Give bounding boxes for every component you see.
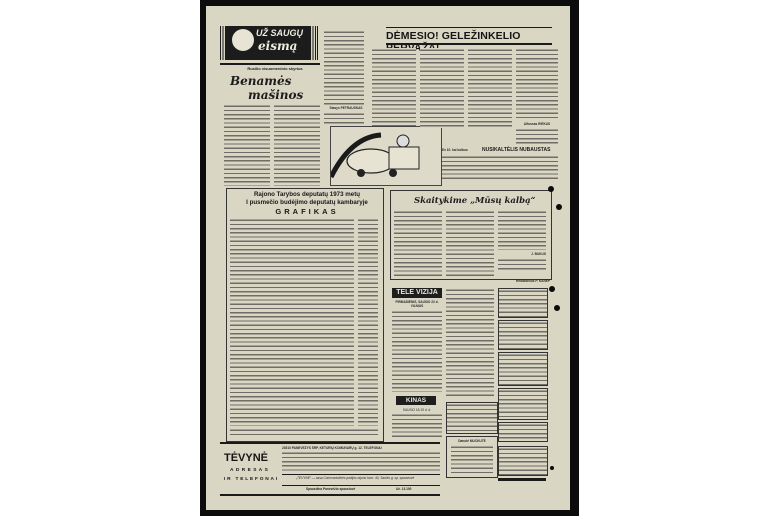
address-label: ADRESAS bbox=[230, 468, 270, 473]
punch-hole bbox=[554, 305, 560, 311]
classified-box-6 bbox=[498, 446, 548, 476]
schedule-title-1: Rajono Tarybos deputatų 1973 metų bbox=[232, 191, 382, 198]
schedule-note bbox=[230, 428, 378, 437]
article-title-1: Benamės bbox=[230, 74, 291, 88]
punch-hole bbox=[548, 186, 554, 192]
divider bbox=[220, 63, 320, 65]
classified-name: Danutė MUCKUTĖ bbox=[447, 437, 497, 445]
newspaper-page: UŽ SAUGŲ eismą Rusilio visuomeninio skyr… bbox=[206, 6, 570, 510]
cinema-schedule bbox=[392, 413, 442, 439]
footer-print-line: Spausdina Panevėžio spaustuvė bbox=[306, 487, 386, 491]
article-column-2 bbox=[274, 104, 320, 186]
reading-headline: Skaitykime „Mūsų kalbą“ bbox=[414, 196, 535, 206]
article-author: Stasys PETRAUSKAS bbox=[326, 106, 366, 110]
divider bbox=[220, 442, 440, 444]
divider bbox=[282, 474, 440, 475]
article-title-2: mašinos bbox=[248, 88, 303, 102]
logo-line1: UŽ SAUGŲ bbox=[256, 28, 303, 38]
footer-printer: „TĖVYNĖ“ — sasa Communistinės partijos r… bbox=[296, 476, 436, 480]
cartoon-illustration bbox=[330, 126, 442, 186]
schedule-dates bbox=[358, 218, 378, 426]
globe-icon bbox=[232, 29, 254, 51]
schedule-title-2: I pusmečio budėjimo deputatų kambaryje bbox=[232, 199, 382, 206]
court-article-text bbox=[442, 155, 558, 181]
railway-column-2 bbox=[420, 48, 464, 128]
sub-section-date: Ex 10. kai kalbuo bbox=[442, 148, 482, 152]
article-column-1 bbox=[224, 104, 270, 186]
logo-line2: eismą bbox=[258, 39, 297, 53]
schedule-rows bbox=[230, 218, 354, 426]
schedule-title-3: GRAFIKAS bbox=[232, 207, 382, 216]
tv-city: VILNIUS bbox=[392, 304, 442, 308]
footer-order: Už. 13.100 bbox=[396, 487, 436, 491]
cinema-logo: KINAS bbox=[396, 396, 436, 405]
cinema-date: SAUSIO 18-19 d. d. bbox=[392, 408, 442, 412]
reading-author: J. BUKUS bbox=[506, 252, 546, 256]
phones-label: IR TELEFONAI bbox=[224, 477, 279, 482]
sub-headline: NUSIKALTĖLIS NUBAUSTAS bbox=[482, 147, 550, 153]
reading-note bbox=[498, 258, 546, 272]
classified-box-1 bbox=[498, 288, 548, 318]
logo-stripes-right bbox=[310, 26, 318, 60]
section-subtitle: Rusilio visuomeninio skyrius bbox=[220, 66, 330, 71]
editor-credit: Redaktorius P. KANEP bbox=[496, 279, 550, 283]
divider bbox=[498, 478, 546, 481]
punch-hole bbox=[549, 286, 555, 292]
footer-address: 23510 PANEVĖŽYS ŠRP, KETURIŲ KOMUNARŲ g.… bbox=[282, 446, 440, 450]
tv-schedule bbox=[392, 310, 442, 392]
tv-logo: TELE VIZIJA bbox=[392, 288, 442, 298]
railway-column-4b bbox=[516, 128, 558, 144]
divider bbox=[282, 485, 440, 486]
classified-box-a bbox=[446, 402, 498, 434]
divider bbox=[220, 494, 440, 496]
article-column-3 bbox=[324, 30, 364, 106]
classified-box-4 bbox=[498, 388, 548, 420]
reading-column-2 bbox=[446, 210, 494, 276]
newspaper-name: TĖVYNĖ bbox=[224, 452, 268, 464]
classified-box-b: Danutė MUCKUTĖ bbox=[446, 436, 498, 478]
punch-hole bbox=[550, 466, 554, 470]
divider bbox=[386, 27, 552, 28]
railway-author: Alfonsas RIEKUS bbox=[516, 122, 558, 126]
footer-details bbox=[282, 451, 440, 473]
classified-box-2 bbox=[498, 320, 548, 350]
classified-box-5 bbox=[498, 422, 548, 442]
classified-box-3 bbox=[498, 352, 548, 386]
reading-column-3 bbox=[498, 210, 546, 250]
divider bbox=[386, 43, 552, 45]
punch-hole bbox=[556, 204, 562, 210]
railway-column-4 bbox=[516, 48, 558, 120]
reading-column-1 bbox=[394, 210, 442, 276]
classified-text bbox=[451, 445, 493, 473]
railway-column-3 bbox=[468, 48, 512, 128]
article-column-3b bbox=[324, 112, 364, 124]
tv-schedule-2 bbox=[446, 288, 494, 398]
railway-column-1 bbox=[372, 48, 416, 126]
